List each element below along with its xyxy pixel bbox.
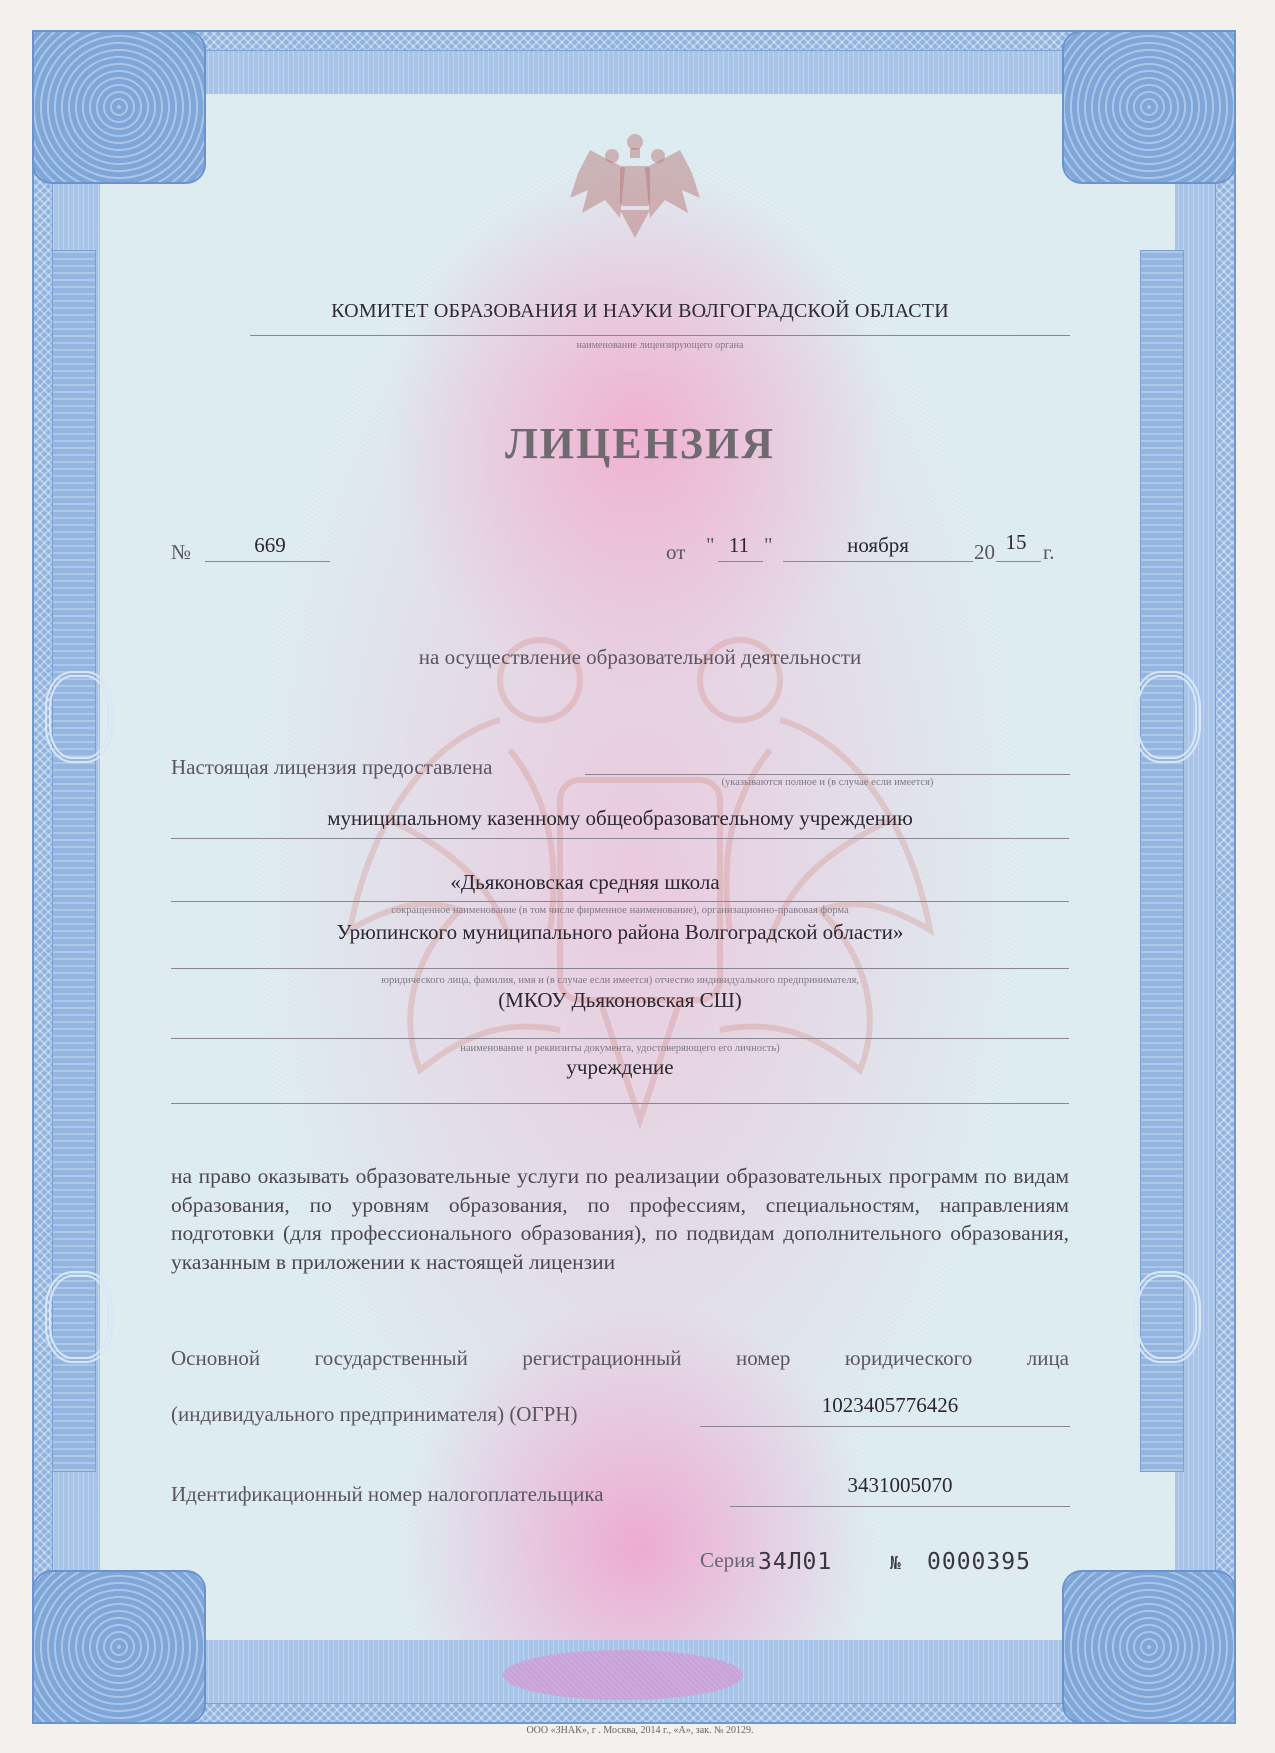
date-year-prefix: 20	[974, 540, 995, 565]
printer-imprint: ООО «ЗНАК», г . Москва, 2014 г., «А», за…	[450, 1725, 830, 1736]
number-label: №	[171, 540, 191, 565]
caption-identity-document: наименование и реквизиты документа, удос…	[171, 1043, 1069, 1054]
license-document: КОМИТЕТ ОБРАЗОВАНИЯ И НАУКИ ВОЛГОГРАДСКО…	[0, 0, 1275, 1753]
knot-ornament-icon	[1133, 1271, 1201, 1363]
date-from-label: от	[666, 540, 685, 565]
corner-ornament-icon	[1062, 30, 1236, 184]
date-month: ноября	[783, 533, 973, 558]
date-quote-close: "	[764, 533, 773, 558]
number-underline	[205, 561, 330, 562]
ogrn-label-line-2: (индивидуального предпринимателя) (ОГРН)	[171, 1402, 577, 1427]
license-number: 669	[210, 533, 330, 558]
licensee-line-4: (МКОУ Дьяконовская СШ)	[171, 988, 1069, 1013]
licensee-line-3: Урюпинского муниципального района Волгог…	[171, 920, 1069, 945]
license-purpose: на осуществление образовательной деятель…	[170, 645, 1110, 670]
inn-value: 3431005070	[730, 1473, 1070, 1498]
knot-ornament-icon	[1133, 671, 1201, 763]
coat-of-arms-icon	[560, 128, 710, 246]
knot-ornament-icon	[45, 1271, 113, 1363]
issuing-authority: КОМИТЕТ ОБРАЗОВАНИЯ И НАУКИ ВОЛГОГРАДСКО…	[170, 300, 1110, 323]
caption-legal-entity: юридического лица, фамилия, имя и (в слу…	[171, 975, 1069, 986]
inn-underline	[730, 1506, 1070, 1507]
date-year-suffix: 15	[996, 530, 1036, 555]
corner-ornament-icon	[32, 1570, 206, 1724]
series-number-label: №	[890, 1553, 902, 1574]
ogrn-label-line-1: Основной государственный регистрационный…	[171, 1346, 1069, 1371]
issuer-underline	[250, 335, 1070, 336]
series-number: 0000395	[927, 1549, 1031, 1575]
document-title: ЛИЦЕНЗИЯ	[170, 418, 1110, 469]
caption-full-name: (указываются полное и (в случае если име…	[585, 777, 1070, 788]
month-underline	[783, 561, 973, 562]
right-ornament-pillar	[1140, 250, 1184, 1472]
licensee-underline-2	[171, 901, 1069, 902]
series-code: 34Л01	[758, 1549, 832, 1575]
series-label: Серия	[700, 1548, 755, 1573]
licensee-underline-4	[171, 1038, 1069, 1039]
ogrn-value: 1023405776426	[710, 1393, 1070, 1418]
licensee-underline-1	[171, 838, 1069, 839]
licensee-line-2: «Дьяконовская средняя школа	[171, 870, 1069, 895]
granted-label: Настоящая лицензия предоставлена	[171, 755, 492, 780]
inn-label: Идентификационный номер налогоплательщик…	[171, 1482, 604, 1507]
licensee-line-1: муниципальному казенному общеобразовател…	[171, 806, 1069, 831]
year-underline	[996, 561, 1041, 562]
knot-ornament-icon	[45, 671, 113, 763]
issuer-caption: наименование лицензирующего органа	[250, 340, 1070, 351]
rights-paragraph: на право оказывать образовательные услуг…	[171, 1162, 1069, 1276]
licensee-underline-3	[171, 968, 1069, 969]
day-underline	[718, 561, 763, 562]
left-ornament-pillar	[52, 250, 96, 1472]
date-day: 11	[714, 533, 764, 558]
date-year-end: г.	[1043, 540, 1055, 565]
licensee-line-5: учреждение	[171, 1055, 1069, 1080]
caption-short-name: сокращенное наименование (в том числе фи…	[171, 905, 1069, 916]
corner-ornament-icon	[32, 30, 206, 184]
granted-underline	[585, 774, 1070, 775]
ogrn-underline	[700, 1426, 1070, 1427]
corner-ornament-icon	[1062, 1570, 1236, 1724]
bottom-oval-ornament	[503, 1650, 743, 1700]
licensee-underline-5	[171, 1103, 1069, 1104]
